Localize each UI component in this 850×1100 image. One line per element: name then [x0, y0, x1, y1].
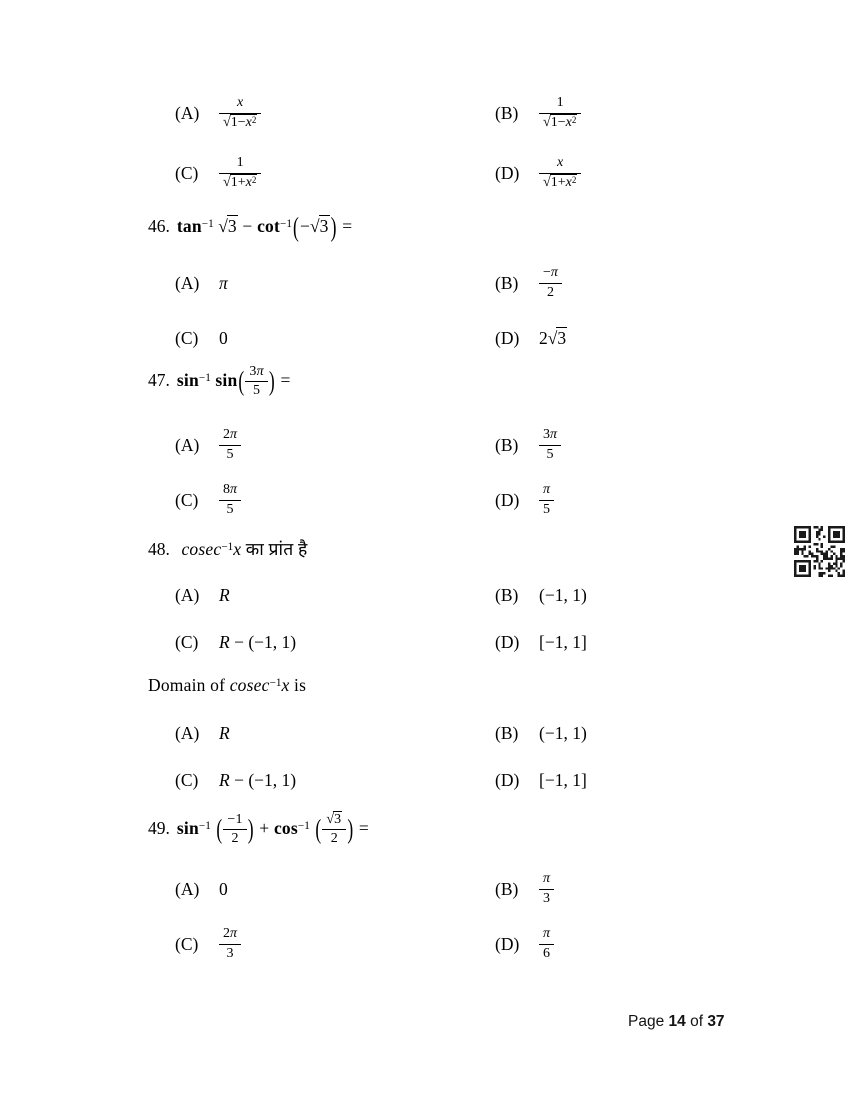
question-text: tan−1 √3 − cot−1(−√3) = [177, 216, 352, 236]
option-label: (A) [175, 435, 219, 456]
option-label: (C) [175, 328, 219, 349]
option-label: (B) [495, 103, 539, 124]
option-b: (B) π3 [495, 871, 554, 906]
option-b: (B) 3π5 [495, 427, 561, 462]
option-label: (C) [175, 490, 219, 511]
option-a: (A) π [175, 273, 495, 294]
options-grid-q48-english: (A) R (B) (−1, 1) (C) R − (−1, 1) (D) [−… [175, 718, 587, 795]
option-c: (C) R − (−1, 1) [175, 770, 495, 791]
question-text: Domain of cosec−1x is [148, 675, 306, 695]
options-grid-q45: (A) x√1−x2 (B) 1√1−x2 (C) 1√1+x2 (D) x√1… [175, 90, 581, 196]
footer-prefix: Page [628, 1013, 669, 1030]
option-value: (−1, 1) [539, 585, 587, 606]
option-c: (C) R − (−1, 1) [175, 632, 495, 653]
option-d: (D) x√1+x2 [495, 155, 581, 190]
option-value: 2π5 [219, 427, 241, 462]
options-grid-q47: (A) 2π5 (B) 3π5 (C) 8π5 (D) π5 [175, 424, 561, 521]
option-label: (C) [175, 163, 219, 184]
option-d: (D) π6 [495, 926, 554, 961]
question-text: sin−1 (−12) + cos−1 (√32) = [177, 818, 369, 838]
footer-total-pages: 37 [707, 1013, 724, 1030]
option-value: 1√1−x2 [539, 95, 581, 130]
option-a: (A) x√1−x2 [175, 95, 495, 130]
option-d: (D) [−1, 1] [495, 632, 587, 653]
option-value: π6 [539, 926, 554, 961]
option-value: R − (−1, 1) [219, 632, 296, 653]
options-grid-q48: (A) R (B) (−1, 1) (C) R − (−1, 1) (D) [−… [175, 580, 587, 657]
option-a: (A) R [175, 723, 495, 744]
footer-page-number: 14 [669, 1013, 686, 1030]
option-value: [−1, 1] [539, 770, 587, 791]
question-number: 46. [148, 216, 170, 236]
footer-of: of [686, 1013, 708, 1030]
option-value: π3 [539, 871, 554, 906]
option-value: 0 [219, 328, 228, 349]
option-c: (C) 1√1+x2 [175, 155, 495, 190]
option-label: (D) [495, 934, 539, 955]
option-b: (B) −π2 [495, 265, 567, 300]
option-c: (C) 8π5 [175, 482, 495, 517]
question-46: 46.tan−1 √3 − cot−1(−√3) = [148, 216, 352, 238]
option-c: (C) 0 [175, 328, 495, 349]
option-label: (D) [495, 770, 539, 791]
qr-code [794, 526, 845, 577]
question-text: cosec−1x का प्रांत है [177, 539, 308, 559]
page-footer: Page 14 of 37 [628, 1013, 725, 1031]
option-value: 3π5 [539, 427, 561, 462]
option-value: x√1+x2 [539, 155, 581, 190]
option-d: (D) [−1, 1] [495, 770, 587, 791]
option-b: (B) 1√1−x2 [495, 95, 581, 130]
question-number: 49. [148, 818, 170, 838]
option-label: (D) [495, 163, 539, 184]
option-value: 0 [219, 879, 228, 900]
question-number: 48. [148, 539, 170, 559]
option-label: (B) [495, 585, 539, 606]
option-label: (A) [175, 103, 219, 124]
option-value: (−1, 1) [539, 723, 587, 744]
option-label: (A) [175, 585, 219, 606]
options-grid-q49: (A) 0 (B) π3 (C) 2π3 (D) π6 [175, 868, 554, 965]
option-a: (A) R [175, 585, 495, 606]
option-label: (A) [175, 723, 219, 744]
option-label: (D) [495, 328, 539, 349]
question-47: 47.sin−1 sin(3π5) = [148, 364, 291, 399]
question-49: 49.sin−1 (−12) + cos−1 (√32) = [148, 812, 369, 847]
option-value: −π2 [539, 265, 562, 300]
option-value: 1√1+x2 [219, 155, 261, 190]
option-label: (D) [495, 490, 539, 511]
option-d: (D) π5 [495, 482, 561, 517]
option-a: (A) 2π5 [175, 427, 495, 462]
question-48-english: Domain of cosec−1x is [148, 675, 306, 696]
option-value: R [219, 723, 230, 744]
option-label: (A) [175, 879, 219, 900]
option-label: (B) [495, 273, 539, 294]
question-number: 47. [148, 370, 170, 390]
option-label: (D) [495, 632, 539, 653]
option-value: π [219, 273, 228, 294]
option-value: x√1−x2 [219, 95, 261, 130]
option-label: (B) [495, 723, 539, 744]
question-text: sin−1 sin(3π5) = [177, 370, 291, 390]
option-label: (B) [495, 435, 539, 456]
option-label: (C) [175, 632, 219, 653]
option-label: (B) [495, 879, 539, 900]
option-label: (A) [175, 273, 219, 294]
option-label: (C) [175, 770, 219, 791]
option-b: (B) (−1, 1) [495, 585, 587, 606]
option-d: (D) 2√3 [495, 328, 567, 349]
question-48: 48. cosec−1x का प्रांत है [148, 537, 307, 561]
option-value: R − (−1, 1) [219, 770, 296, 791]
option-value: [−1, 1] [539, 632, 587, 653]
option-value: 2π3 [219, 926, 241, 961]
option-value: π5 [539, 482, 554, 517]
option-label: (C) [175, 934, 219, 955]
option-value: 8π5 [219, 482, 241, 517]
option-value: 2√3 [539, 328, 567, 349]
option-b: (B) (−1, 1) [495, 723, 587, 744]
exam-paper-page: (A) x√1−x2 (B) 1√1−x2 (C) 1√1+x2 (D) x√1… [0, 0, 850, 1100]
option-a: (A) 0 [175, 879, 495, 900]
option-value: R [219, 585, 230, 606]
options-grid-q46: (A) π (B) −π2 (C) 0 (D) 2√3 [175, 262, 567, 359]
option-c: (C) 2π3 [175, 926, 495, 961]
